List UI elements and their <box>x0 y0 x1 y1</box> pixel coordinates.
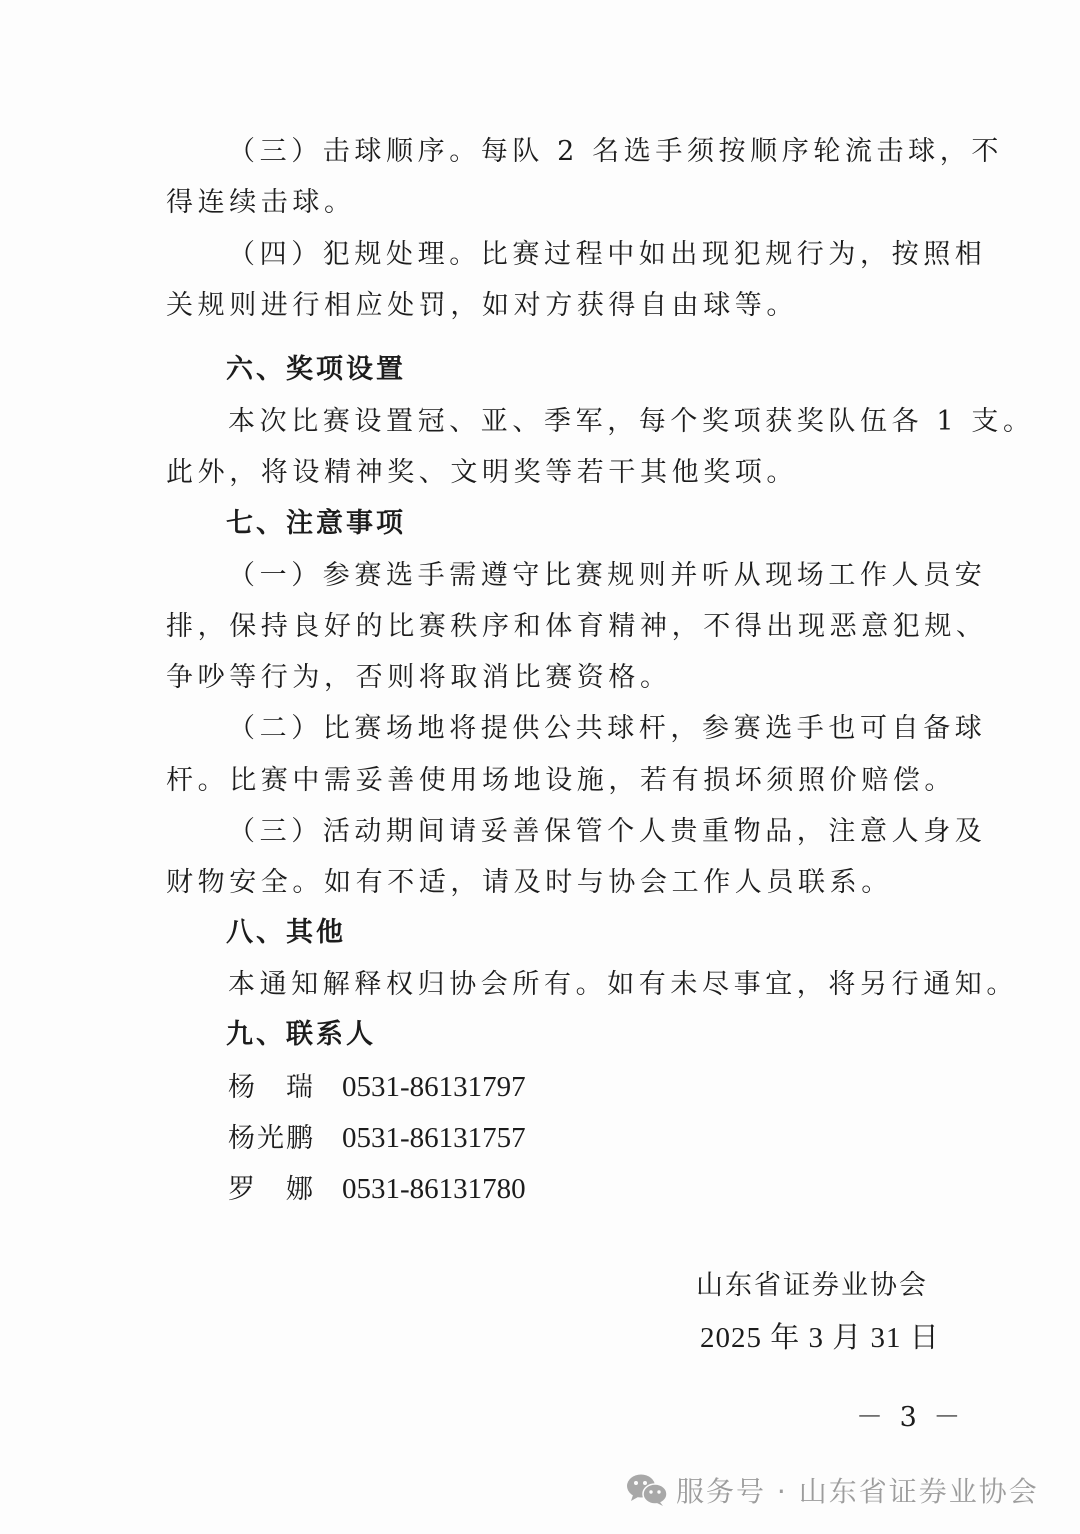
paragraph-line: 得连续击球。 <box>166 185 356 221</box>
section-heading-contacts: 九、联系人 <box>226 1017 376 1053</box>
section-heading-notes: 七、注意事项 <box>226 506 406 542</box>
contact-name: 杨 瑞 <box>228 1070 314 1106</box>
paragraph-line: （四）犯规处理。比赛过程中如出现犯规行为，按照相 <box>228 237 986 273</box>
wechat-watermark: 服务号 · 山东省证券业协会 <box>626 1470 1039 1510</box>
contact-phone: 0531-86131780 <box>342 1173 526 1205</box>
paragraph-line: 争吵等行为，否则将取消比赛资格。 <box>166 660 672 696</box>
paragraph-line: （二）比赛场地将提供公共球杆，参赛选手也可自备球 <box>228 711 986 747</box>
signature-org: 山东省证券业协会 <box>696 1268 928 1304</box>
contact-row: 罗 娜0531-86131780 <box>228 1171 526 1208</box>
contact-phone: 0531-86131797 <box>342 1071 526 1103</box>
paragraph-line: 排，保持良好的比赛秩序和体育精神，不得出现恶意犯规、 <box>166 609 988 645</box>
signature-date: 2025 年 3 月 31 日 <box>700 1320 940 1356</box>
page-number: － 3 － <box>856 1400 964 1436</box>
contact-name: 杨光鹏 <box>228 1121 314 1157</box>
paragraph-line: 关规则进行相应处罚，如对方获得自由球等。 <box>166 288 798 324</box>
watermark-text: 服务号 · 山东省证券业协会 <box>676 1470 1039 1510</box>
paragraph-line: 杆。比赛中需妥善使用场地设施，若有损坏须照价赔偿。 <box>166 763 956 799</box>
contact-row: 杨光鹏0531-86131757 <box>228 1120 526 1157</box>
contact-name: 罗 娜 <box>228 1172 314 1208</box>
paragraph-line: （三）活动期间请妥善保管个人贵重物品，注意人身及 <box>228 814 986 850</box>
paragraph-line: 财物安全。如有不适，请及时与协会工作人员联系。 <box>166 865 893 901</box>
contact-row: 杨 瑞0531-86131797 <box>228 1069 526 1106</box>
section-heading-awards: 六、奖项设置 <box>226 352 406 388</box>
paragraph-line: （三）击球顺序。每队 2 名选手须按顺序轮流击球，不 <box>228 134 1003 170</box>
paragraph-line: 本通知解释权归协会所有。如有未尽事宜，将另行通知。 <box>228 967 1018 1003</box>
paragraph-line: 本次比赛设置冠、亚、季军，每个奖项获奖队伍各 1 支。 <box>228 404 1035 440</box>
paragraph-line: （一）参赛选手需遵守比赛规则并听从现场工作人员安 <box>228 558 986 594</box>
section-heading-other: 八、其他 <box>226 915 346 951</box>
document-page: （三）击球顺序。每队 2 名选手须按顺序轮流击球，不 得连续击球。 （四）犯规处… <box>0 0 1080 1534</box>
wechat-icon <box>626 1473 668 1507</box>
contact-phone: 0531-86131757 <box>342 1122 526 1154</box>
paragraph-line: 此外，将设精神奖、文明奖等若干其他奖项。 <box>166 455 798 491</box>
